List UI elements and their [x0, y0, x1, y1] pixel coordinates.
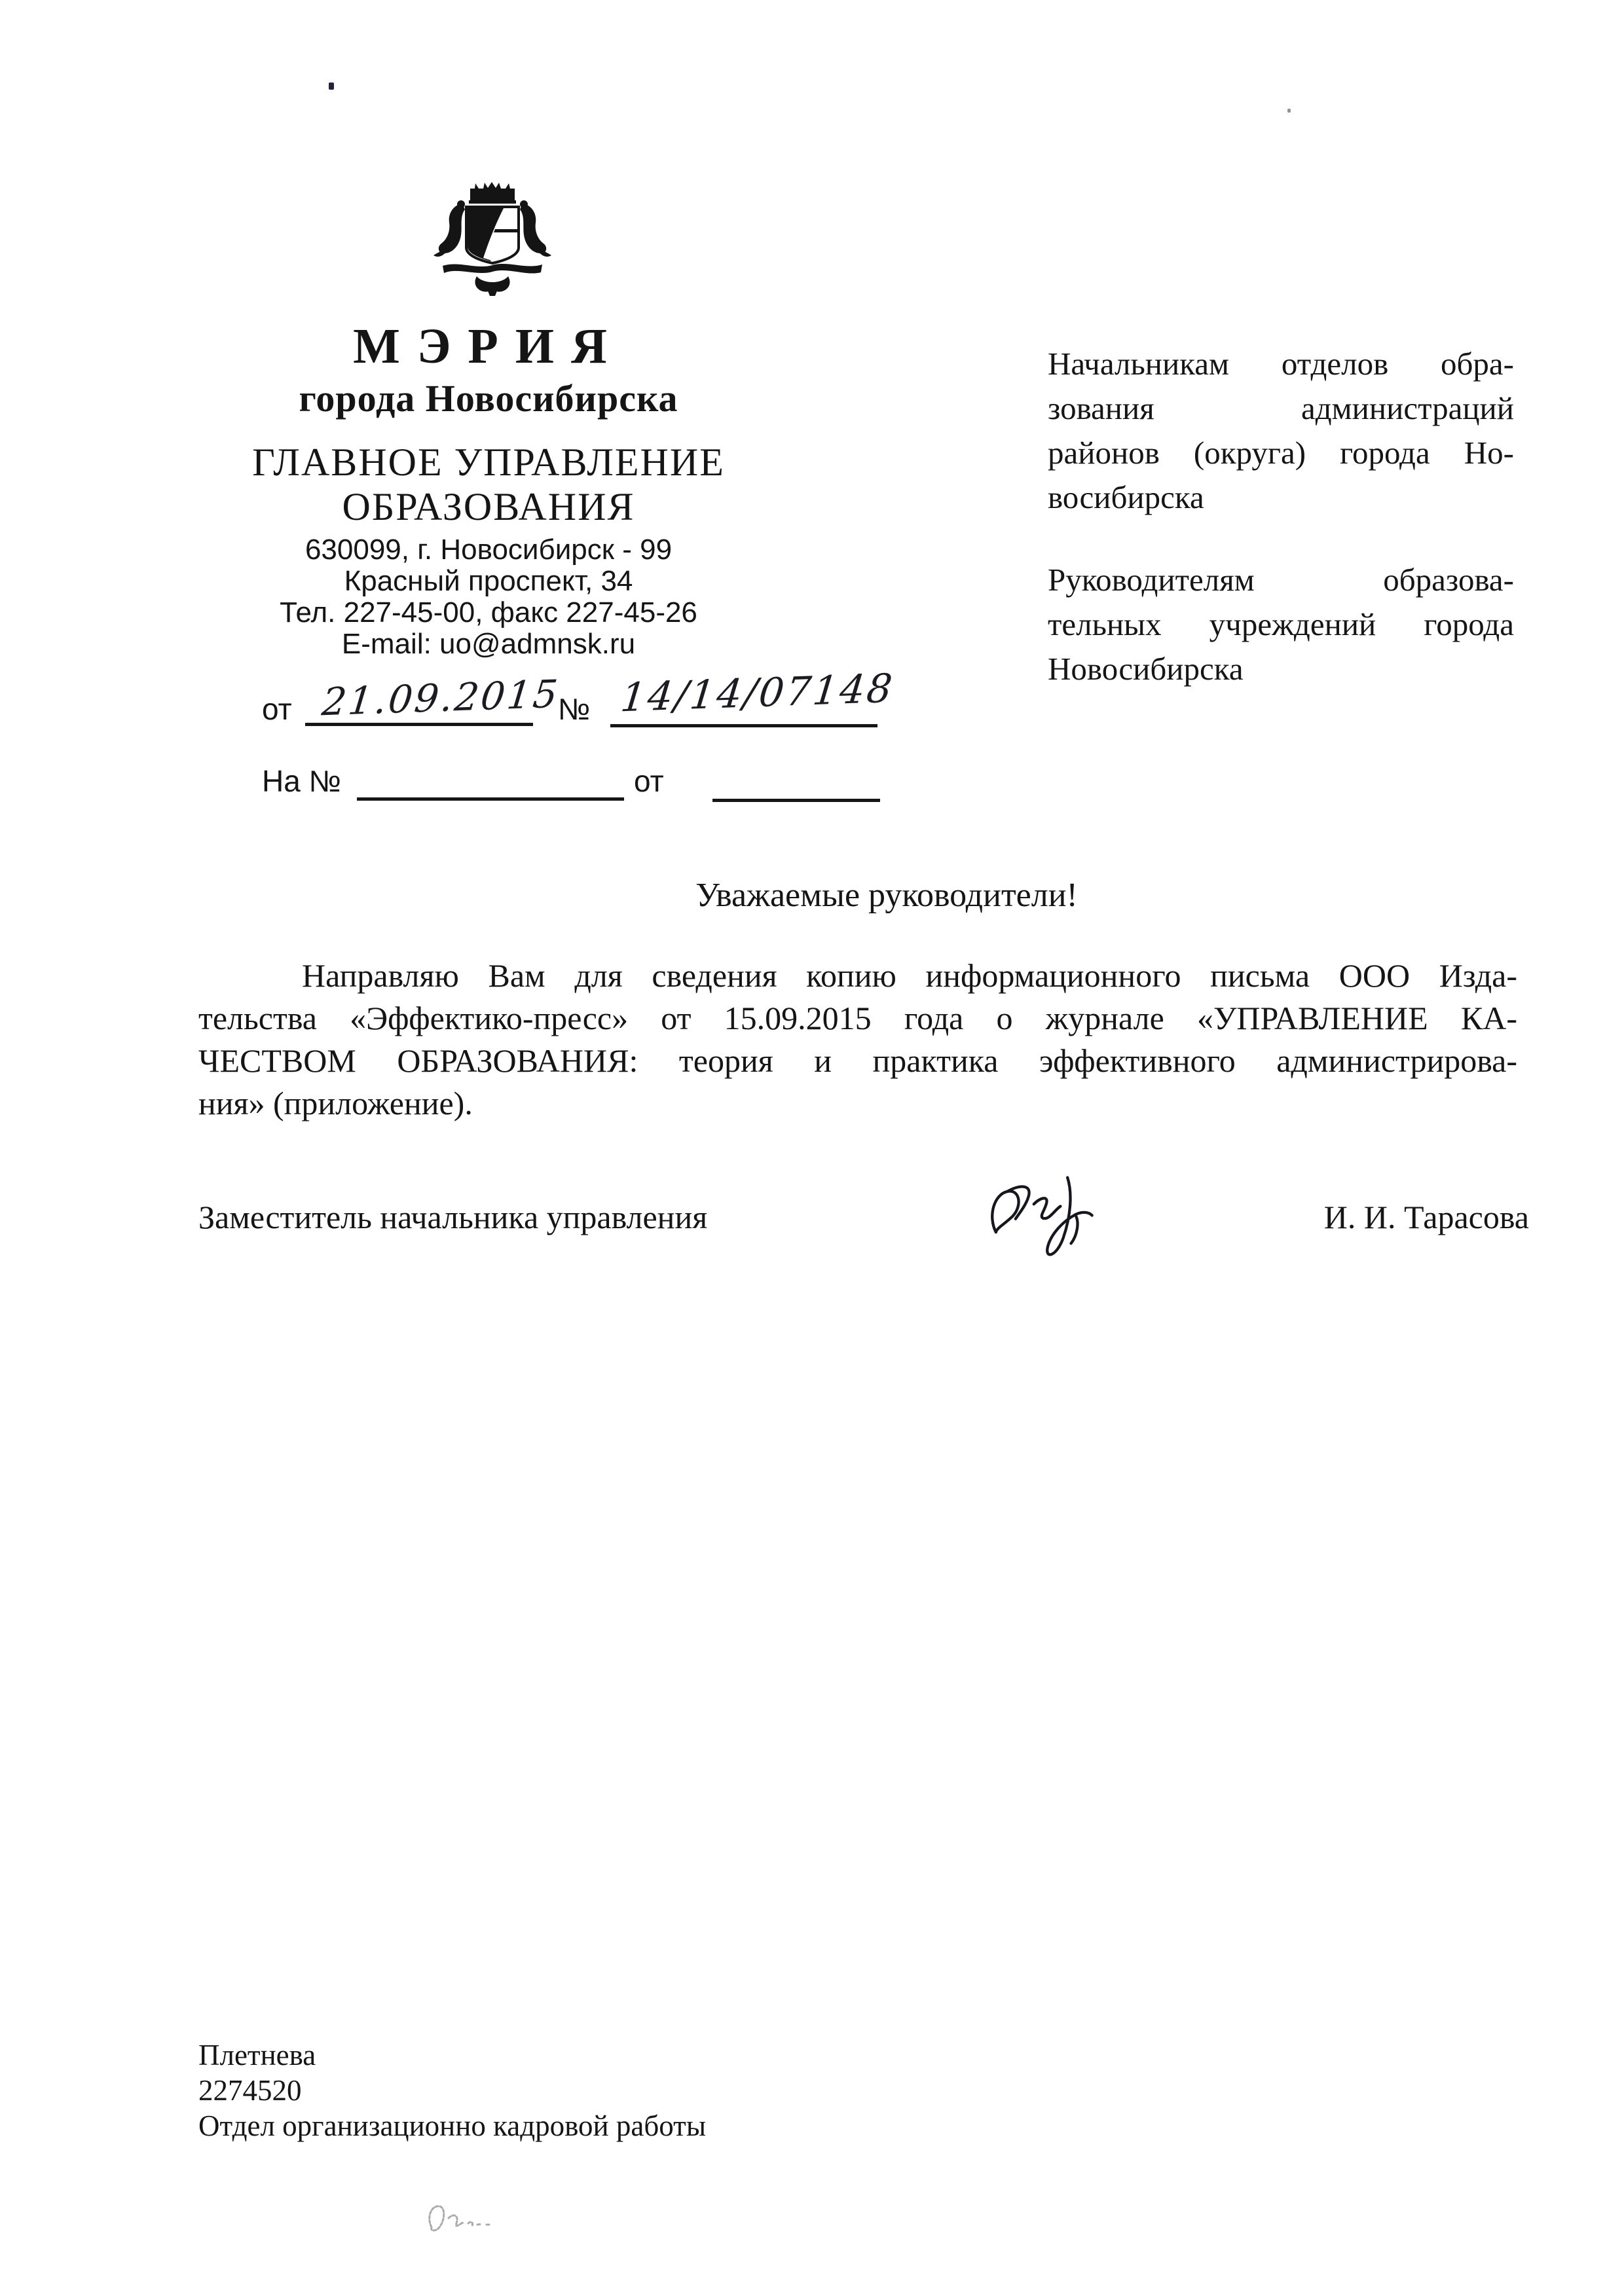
address-line: Красный проспект, 34: [236, 566, 741, 597]
reply-date-label: от: [634, 763, 664, 799]
addressee-line: районов (округа) города Но-: [1048, 431, 1514, 475]
addressee-line: Руководителям образова-: [1048, 558, 1514, 602]
address-line: Тел. 227-45-00, факс 227-45-26: [236, 597, 741, 629]
executor-block: Плетнева 2274520 Отдел организационно ка…: [198, 2037, 706, 2143]
novosibirsk-coat-of-arms-icon: [427, 181, 558, 306]
body-paragraph: Направляю Вам для сведения копию информа…: [198, 955, 1517, 1125]
executor-name: Плетнева: [198, 2037, 706, 2073]
body-line: Направляю Вам для сведения копию информа…: [198, 955, 1517, 997]
addressee-line: зования администраций: [1048, 386, 1514, 431]
org-title: МЭРИЯ: [236, 318, 741, 375]
reply-number-underline: [357, 797, 624, 801]
executor-phone: 2274520: [198, 2073, 706, 2108]
number-underline: [610, 724, 877, 727]
addressee-line: Начальникам отделов обра-: [1048, 342, 1514, 386]
body-line: ЧЕСТВОМ ОБРАЗОВАНИЯ: теория и практика э…: [198, 1040, 1517, 1082]
scan-speck: [1287, 109, 1291, 113]
reply-number-label: На №: [262, 763, 341, 799]
scanned-letter-page: МЭРИЯ города Новосибирска ГЛАВНОЕ УПРАВЛ…: [0, 0, 1624, 2296]
signer-name: И. И. Тарасова: [1277, 1198, 1529, 1236]
org-subtitle: города Новосибирска: [236, 376, 741, 420]
department-name-line1: ГЛАВНОЕ УПРАВЛЕНИЕ: [216, 440, 761, 485]
addressee-line: восибирска: [1048, 475, 1514, 520]
handwritten-number: 14/14/07148: [618, 666, 896, 721]
handwritten-signature-icon: [981, 1172, 1151, 1270]
salutation: Уважаемые руководители!: [228, 876, 1545, 915]
department-name-line2: ОБРАЗОВАНИЯ: [216, 484, 761, 530]
number-label: №: [558, 691, 590, 727]
body-line: тельства «Эффектико-пресс» от 15.09.2015…: [198, 997, 1517, 1040]
email-line: E-mail: uo@admnsk.ru: [236, 629, 741, 660]
date-label: от: [262, 691, 292, 727]
addressee-line: Новосибирска: [1048, 647, 1514, 691]
body-line: ния» (приложение).: [198, 1082, 1517, 1125]
reply-date-underline: [712, 799, 880, 802]
scan-speck: [329, 82, 334, 90]
addressee-block-2: Руководителям образова- тельных учрежден…: [1048, 558, 1514, 691]
addressee-line: тельных учреждений города: [1048, 602, 1514, 647]
address-line: 630099, г. Новосибирск - 99: [236, 534, 741, 566]
addressee-block-1: Начальникам отделов обра- зования админи…: [1048, 342, 1514, 520]
handwritten-date: 21.09.2015: [320, 672, 562, 725]
executor-department: Отдел организационно кадровой работы: [198, 2108, 706, 2143]
signer-position: Заместитель начальника управления: [198, 1198, 707, 1236]
org-address-block: 630099, г. Новосибирск - 99 Красный прос…: [236, 534, 741, 660]
pencil-scribble: [422, 2198, 540, 2251]
